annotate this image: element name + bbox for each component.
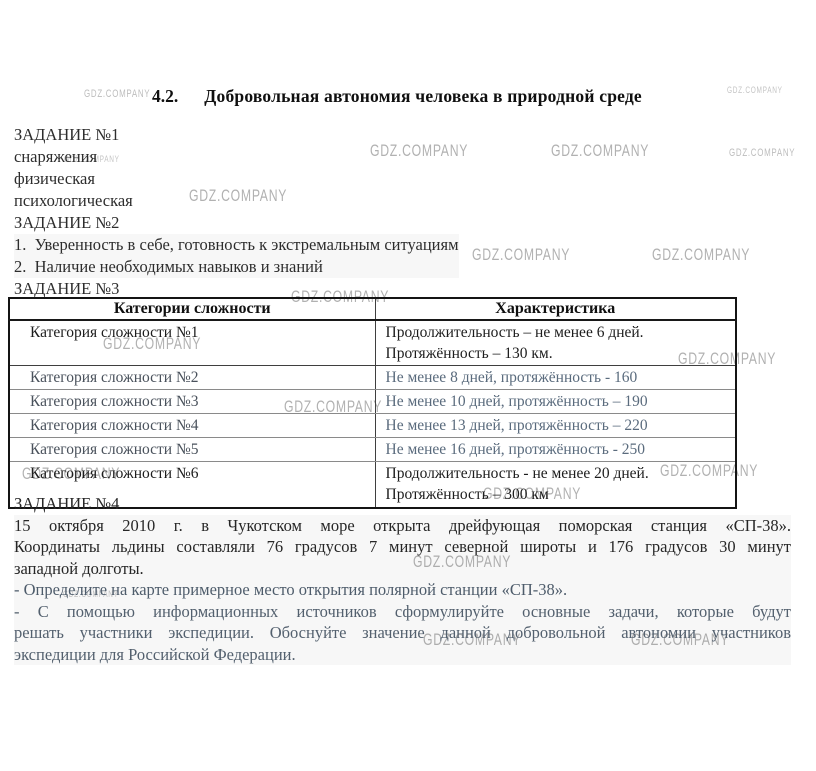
- task2-item: 2. Наличие необходимых навыков и знаний: [14, 256, 459, 278]
- watermark: GDZ.COMPANY: [652, 245, 750, 265]
- watermark: GDZ.COMPANY: [84, 88, 150, 100]
- task4-block: ЗАДАНИЕ №4 15 октября 2010 г. в Чукотско…: [14, 493, 791, 665]
- task4-bullet2-line: - С помощью информационных источников сф…: [14, 601, 791, 623]
- task4-bullet2-line: экспедиции для Российской Федерации.: [14, 644, 791, 666]
- watermark: GDZ.COMPANY: [729, 147, 795, 159]
- table-row: Категория сложности №1 Продолжительность…: [9, 320, 736, 366]
- task4-bullet1: - Определите на карте примерное место от…: [14, 579, 791, 601]
- watermark: GDZ.COMPANY: [472, 245, 570, 265]
- category-cell: Категория сложности №2: [9, 366, 375, 390]
- category-cell: Категория сложности №5: [9, 438, 375, 462]
- characteristic-cell: Продолжительность – не менее 6 дней. Про…: [375, 320, 736, 366]
- task1-heading: ЗАДАНИЕ №1: [14, 124, 459, 146]
- difficulty-table-wrap: Категории сложности Характеристика Катег…: [8, 297, 737, 509]
- task1-answer-line: физическая: [14, 168, 459, 190]
- characteristic-cell: Не менее 10 дней, протяжённость – 190: [375, 390, 736, 414]
- task2-item: 1. Уверенность в себе, готовность к экст…: [14, 234, 459, 256]
- category-cell: Категория сложности №1: [9, 320, 375, 366]
- difficulty-table: Категории сложности Характеристика Катег…: [8, 297, 737, 509]
- characteristic-cell: Не менее 13 дней, протяжённость – 220: [375, 414, 736, 438]
- task4-paragraph-line: западной долготы.: [14, 558, 791, 580]
- task4-bullet2-line: решать участники экспедиции. Обоснуйте з…: [14, 622, 791, 644]
- watermark: GDZ.COMPANY: [727, 85, 783, 95]
- category-cell: Категория сложности №4: [9, 414, 375, 438]
- characteristic-cell: Не менее 16 дней, протяжённость - 250: [375, 438, 736, 462]
- task1-answer-line: снаряжения: [14, 146, 459, 168]
- task4-heading: ЗАДАНИЕ №4: [14, 493, 791, 515]
- task1-answer-line: психологическая: [14, 190, 459, 212]
- column-header-characteristic: Характеристика: [375, 298, 736, 320]
- characteristic-line: Протяжённость – 130 км.: [386, 343, 730, 364]
- task2-heading: ЗАДАНИЕ №2: [14, 212, 459, 234]
- table-row: Категория сложности №3 Не менее 10 дней,…: [9, 390, 736, 414]
- characteristic-line: Продолжительность - не менее 20 дней.: [386, 463, 730, 484]
- characteristic-cell: Не менее 8 дней, протяжённость - 160: [375, 366, 736, 390]
- page-title: Добровольная автономия человека в природ…: [204, 86, 642, 107]
- section-number: 4.2.: [152, 86, 178, 107]
- characteristic-line: Продолжительность – не менее 6 дней.: [386, 322, 730, 343]
- watermark: GDZ.COMPANY: [551, 141, 649, 161]
- table-row: Категория сложности №4 Не менее 13 дней,…: [9, 414, 736, 438]
- task4-paragraph-line: Координаты льдины составляли 76 градусов…: [14, 536, 791, 558]
- column-header-category: Категории сложности: [9, 298, 375, 320]
- table-row: Категория сложности №2 Не менее 8 дней, …: [9, 366, 736, 390]
- document-page: GDZ.COMPANY GDZ.COMPANY GDZ.COMPANY GDZ.…: [0, 0, 816, 771]
- table-row: Категория сложности №5 Не менее 16 дней,…: [9, 438, 736, 462]
- table-header-row: Категории сложности Характеристика: [9, 298, 736, 320]
- section-title-row: 4.2.Добровольная автономия человека в пр…: [152, 86, 642, 107]
- tasks-1-3-block: ЗАДАНИЕ №1 снаряжения физическая психоло…: [14, 124, 459, 300]
- category-cell: Категория сложности №3: [9, 390, 375, 414]
- task4-paragraph-line: 15 октября 2010 г. в Чукотском море откр…: [14, 515, 791, 537]
